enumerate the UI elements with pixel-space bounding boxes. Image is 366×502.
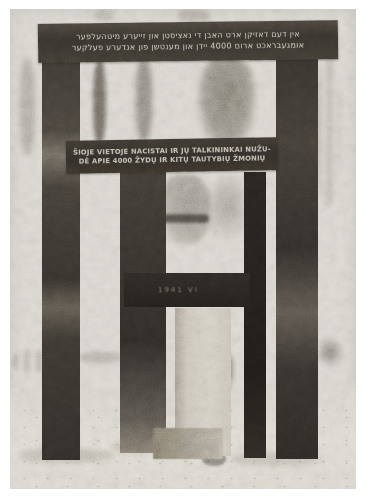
- bush-right: [316, 336, 344, 368]
- memorial-photograph: אין דעם דאזיקן ארט האבן די נאציסטן און ז…: [10, 9, 356, 489]
- tree-trunk-left: [93, 60, 106, 144]
- distant-treeline-gap: [80, 352, 122, 363]
- tree-through-opening: [160, 175, 210, 245]
- inscription-lintel: אין דעם דאזיקן ארט האבן די נאציסטן און ז…: [38, 20, 338, 63]
- stone-pillar-right: [276, 53, 318, 459]
- date-plaque-bar: 1941 VI: [124, 273, 250, 307]
- date-plaque-text: 1941 VI: [124, 286, 199, 294]
- stone-pillar-left: [42, 58, 80, 460]
- tree-foliage-center: [198, 57, 256, 149]
- tree-trunk-far-left: [20, 59, 35, 155]
- stone-pillar-middle: [120, 172, 166, 453]
- inscription-beam-lithuanian: ŠIOJE VIETOJE NACISTAI IR JŲ TALKININKAI…: [66, 137, 279, 174]
- trees-right: [316, 53, 340, 205]
- treetop-mark-2: [94, 9, 114, 21]
- stone-pillar-thin: [244, 172, 266, 458]
- pillar-plinth-base: [153, 428, 223, 459]
- tree-trunk-center: [136, 59, 152, 141]
